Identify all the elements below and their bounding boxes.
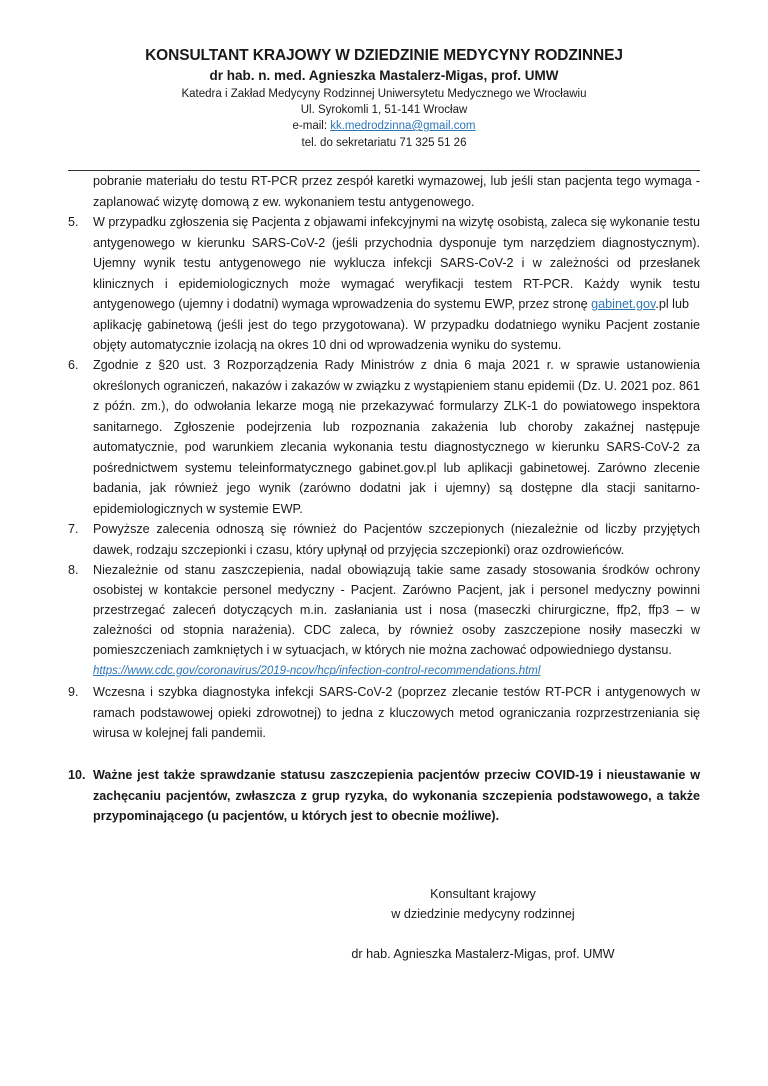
email-link[interactable]: kk.medrodzinna@gmail.com bbox=[330, 120, 475, 132]
signature-role-line2: w dziedzinie medycyny rodzinnej bbox=[99, 907, 768, 921]
text-line: osobistej w kontakcie personel medyczny … bbox=[93, 580, 700, 600]
list-item-9: 9. Wczesna i szybka diagnostyka infekcji… bbox=[93, 682, 700, 744]
gabinet-link[interactable]: gabinet.gov bbox=[591, 297, 655, 311]
text-line: określonych ograniczeń, nakazów i zakazó… bbox=[93, 376, 700, 397]
text-line: ramach podstawowej opieki zdrowotnej) to… bbox=[93, 703, 700, 724]
text-line: przypominającego (u pacjentów, u których… bbox=[93, 806, 700, 827]
list-item-5: 5. W przypadku zgłoszenia się Pacjenta z… bbox=[93, 212, 700, 356]
text-line: pośrednictwem systemu teleinformatyczneg… bbox=[93, 458, 700, 479]
email-label: e-mail: bbox=[293, 120, 331, 132]
text-line: Niezależnie od stanu zaszczepienia, nada… bbox=[93, 560, 700, 580]
text-line: zaplanować wizytę domową z ew. wykonanie… bbox=[93, 192, 700, 213]
item-number: 7. bbox=[68, 519, 79, 540]
text-line: epidemiologicznych w systemie EWP. bbox=[93, 499, 700, 520]
list-item-8: 8. Niezależnie od stanu zaszczepienia, n… bbox=[93, 560, 700, 680]
list-item-10: 10. Ważne jest także sprawdzanie statusu… bbox=[93, 765, 700, 827]
text-line: aplikację gabinetową (jeśli jest do tego… bbox=[93, 315, 700, 336]
list-item-6: 6. Zgodnie z §20 ust. 3 Rozporządzenia R… bbox=[93, 355, 700, 519]
text-line: z późn. zm.), do odwołania lekarze mogą … bbox=[93, 396, 700, 417]
continuation-paragraph: pobranie materiału do testu RT-PCR przez… bbox=[93, 171, 700, 212]
header-title: KONSULTANT KRAJOWY W DZIEDZINIE MEDYCYNY… bbox=[0, 47, 768, 65]
item-number: 9. bbox=[68, 682, 79, 703]
text-line: zależności od stopnia narażenia). CDC za… bbox=[93, 620, 700, 640]
text-line: Zgodnie z §20 ust. 3 Rozporządzenia Rady… bbox=[93, 355, 700, 376]
header-name: dr hab. n. med. Agnieszka Mastalerz-Miga… bbox=[0, 68, 768, 83]
text-line: automatycznie, pod warunkiem zlecania wy… bbox=[93, 437, 700, 458]
text-line: antygenowego (ujemny i dodatni) wymaga w… bbox=[93, 294, 700, 315]
text-line: https://www.cdc.gov/coronavirus/2019-nco… bbox=[93, 660, 700, 680]
text-line: Powyższe zalecenia odnoszą się również d… bbox=[93, 519, 700, 540]
signature-role-line1: Konsultant krajowy bbox=[99, 887, 768, 901]
header-email-line: e-mail: kk.medrodzinna@gmail.com bbox=[0, 120, 768, 132]
text-line: klinicznych i epidemiologicznych może wy… bbox=[93, 274, 700, 295]
text-line: Ujemny wynik testu antygenowego nie wykl… bbox=[93, 253, 700, 274]
text-line: pomieszczeniach zamkniętych i w sytuacja… bbox=[93, 640, 700, 660]
text-line: zachęcaniu pacjentów, zwłaszcza z grup r… bbox=[93, 786, 700, 807]
document-page: KONSULTANT KRAJOWY W DZIEDZINIE MEDYCYNY… bbox=[0, 0, 768, 1086]
text-line: badania, jak również jego wynik (zarówno… bbox=[93, 478, 700, 499]
item-number: 8. bbox=[68, 560, 79, 580]
text-line: Wczesna i szybka diagnostyka infekcji SA… bbox=[93, 682, 700, 703]
text-line: W przypadku zgłoszenia się Pacjenta z ob… bbox=[93, 212, 700, 233]
text-line: przestrzegać zaleceń dotyczących m.in. z… bbox=[93, 600, 700, 620]
header-phone: tel. do sekretariatu 71 325 51 26 bbox=[0, 137, 768, 149]
text-line: sanitarnego. Zgłoszenie podejrzenia lub … bbox=[93, 417, 700, 438]
list-item-7: 7. Powyższe zalecenia odnoszą się równie… bbox=[93, 519, 700, 560]
text-line: Ważne jest także sprawdzanie statusu zas… bbox=[93, 765, 700, 786]
signature-name: dr hab. Agnieszka Mastalerz-Migas, prof.… bbox=[99, 947, 768, 961]
text-line: wirusa w kolejnej fali pandemii. bbox=[93, 723, 700, 744]
item-number: 5. bbox=[68, 212, 79, 233]
cdc-recommendations-link[interactable]: https://www.cdc.gov/coronavirus/2019-nco… bbox=[93, 665, 540, 677]
text-line: objęty automatycznie izolacją na okres 1… bbox=[93, 335, 700, 356]
text-line: dawek, rodzaju szczepionki i czasu, któr… bbox=[93, 540, 700, 561]
text-line: pobranie materiału do testu RT-PCR przez… bbox=[93, 171, 700, 192]
header-department: Katedra i Zakład Medycyny Rodzinnej Uniw… bbox=[0, 88, 768, 100]
item-number: 6. bbox=[68, 355, 79, 376]
header-address: Ul. Syrokomli 1, 51-141 Wrocław bbox=[0, 104, 768, 116]
item-number: 10. bbox=[68, 765, 86, 786]
text-line: antygenowego w kierunku SARS-CoV-2 (jeśl… bbox=[93, 233, 700, 254]
